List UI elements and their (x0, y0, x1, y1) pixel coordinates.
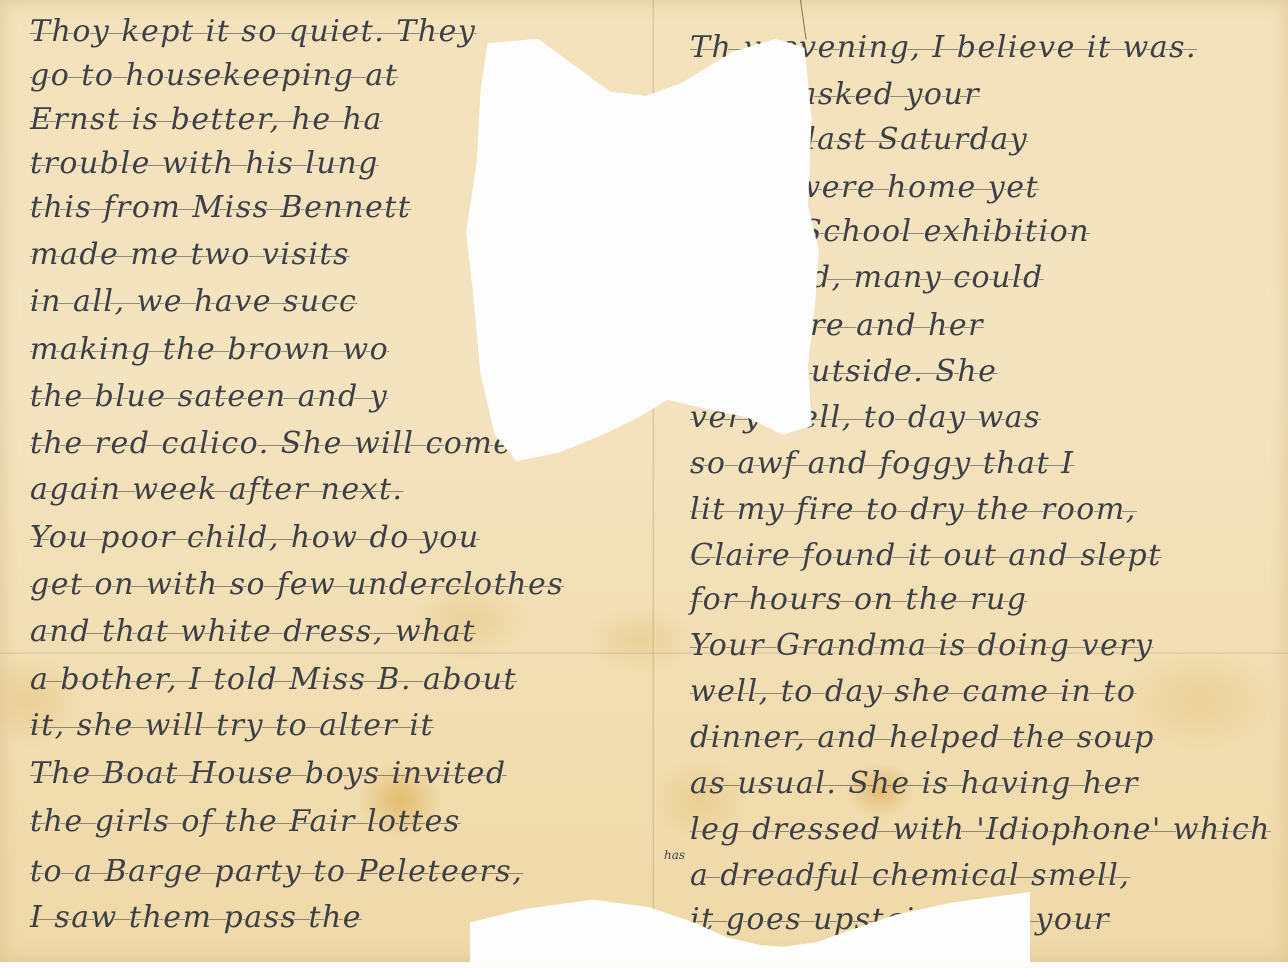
text-line: go to housekeeping at (30, 56, 398, 96)
text-line: well, to day she came in to (690, 672, 1136, 712)
letter-scan: Thoy kept it so quiet. They go to housek… (0, 0, 1288, 968)
text-line: You poor child, how do you (30, 518, 480, 558)
text-line: trouble with his lung (30, 144, 379, 184)
text-line: the blue sateen and y (30, 377, 388, 417)
text-line: to a Barge party to Peleteers, (30, 852, 523, 892)
text-line: lit my fire to dry the room, (690, 490, 1137, 530)
text-line: I saw them pass the (30, 898, 362, 938)
text-line: for hours on the rug (690, 580, 1027, 620)
text-line: Your Grandma is doing very (690, 626, 1153, 666)
text-line: a bother, I told Miss B. about (30, 660, 517, 700)
text-line: a dreadful chemical smell, (690, 856, 1130, 896)
text-line: again week after next. (30, 470, 404, 510)
text-line: so awf and foggy that I (690, 444, 1074, 484)
text-line: as usual. She is having her (690, 764, 1139, 804)
text-line: Claire found it out and slept (690, 536, 1162, 576)
text-line: made me two visits (30, 235, 350, 275)
text-line: the girls of the Fair lottes (30, 802, 461, 842)
text-line: get on with so few underclothes (30, 565, 564, 605)
text-line: this from Miss Bennett (30, 188, 411, 228)
text-line: dinner, and helped the soup (690, 718, 1155, 758)
inserted-word: has (664, 848, 685, 862)
text-line: The Boat House boys invited (30, 754, 507, 794)
text-line: in all, we have succ (30, 282, 357, 322)
text-line: the red calico. She will come (30, 424, 513, 464)
text-line: leg dressed with 'Idiophone' which (690, 810, 1271, 850)
text-line: making the brown wo (30, 330, 389, 370)
text-line: Ernst is better, he ha (30, 100, 383, 140)
text-line: Thoy kept it so quiet. They (30, 12, 476, 52)
torn-hole-top (466, 30, 826, 470)
text-line: and that white dress, what (30, 612, 476, 652)
scan-margin (0, 962, 1288, 968)
text-line: it, she will try to alter it (30, 706, 434, 746)
